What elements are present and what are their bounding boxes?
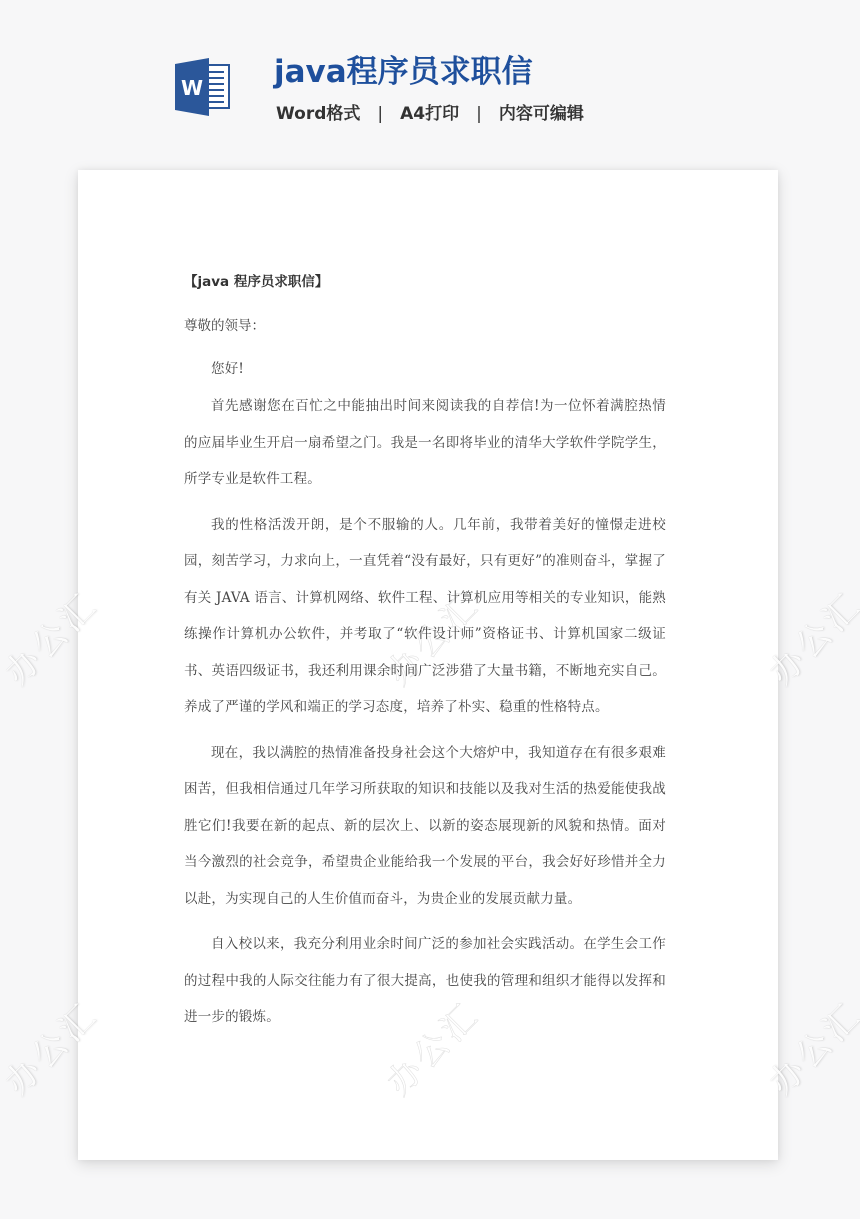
letter-paragraph: 我的性格活泼开朗，是个不服输的人。几年前，我带着美好的憧憬走进校园，刻苦学习，力… — [184, 507, 666, 726]
word-document-icon: W — [175, 58, 231, 116]
tag-a4-print: A4打印 — [400, 100, 459, 128]
tag-separator: | — [476, 100, 482, 128]
document-page: 【java 程序员求职信】 尊敬的领导： 您好! 首先感谢您在百忙之中能抽出时间… — [78, 170, 778, 1160]
document-title: java程序员求职信 — [274, 50, 533, 94]
letter-paragraph: 自入校以来，我充分利用业余时间广泛的参加社会实践活动。在学生会工作的过程中我的人… — [184, 926, 666, 1036]
letter-paragraph: 首先感谢您在百忙之中能抽出时间来阅读我的自荐信!为一位怀着满腔热情的应届毕业生开… — [184, 388, 666, 498]
tag-editable: 内容可编辑 — [499, 100, 584, 128]
tag-word-format: Word格式 — [276, 100, 360, 128]
letter-salutation: 尊敬的领导： — [184, 312, 666, 340]
svg-text:W: W — [181, 76, 203, 100]
letter-greeting: 您好! — [184, 354, 666, 384]
tag-separator: | — [377, 100, 383, 128]
letter-paragraph: 现在，我以满腔的热情准备投身社会这个大熔炉中，我知道存在有很多艰难困苦，但我相信… — [184, 735, 666, 918]
letter-heading: 【java 程序员求职信】 — [184, 268, 666, 296]
feature-tags: Word格式 | A4打印 | 内容可编辑 — [276, 100, 584, 128]
header: W java程序员求职信 Word格式 | A4打印 | 内容可编辑 — [0, 0, 860, 150]
document-body: 【java 程序员求职信】 尊敬的领导： 您好! 首先感谢您在百忙之中能抽出时间… — [184, 268, 666, 1036]
